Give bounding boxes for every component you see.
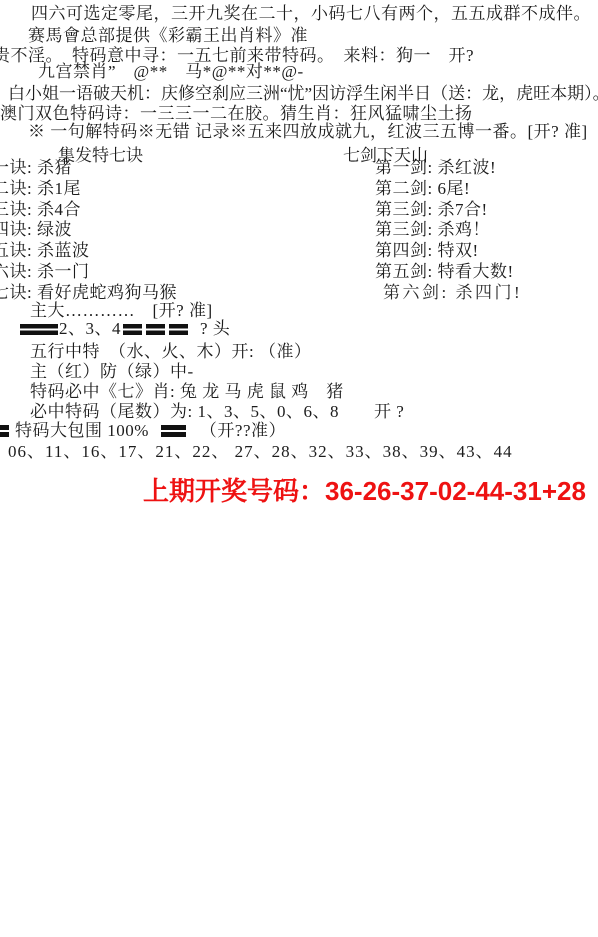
right-item-6: 第五剑: 特看大数!	[375, 262, 522, 283]
redacted-bar	[169, 324, 188, 335]
sentence-solution-line: ※ 一句解特码※无错 记录※五来四放成就九，红波三五博一番。[开? 准]	[28, 122, 588, 142]
redacted-bar	[161, 425, 186, 437]
right-item-4: 第三剑: 杀鸡！	[375, 220, 522, 241]
left-item-3: 三诀: 杀4合	[0, 200, 177, 221]
right-column-list: 第一剑: 杀红波! 第二剑: 6尾! 第三剑: 杀7合! 第三剑: 杀鸡！ 第四…	[375, 158, 522, 304]
redacted-bar	[123, 324, 142, 335]
seven-zodiac-line: 特码必中《七》肖: 兔 龙 马 虎 鼠 鸡 猪	[30, 382, 344, 402]
red-green-line: 主（红）防（绿）中-	[30, 362, 194, 382]
macau-poem-line: 澳门双色特码诗：一三三一二在胶。猜生肖：狂风猛啸尘土扬	[0, 104, 473, 124]
verse-line: 四六可选定零尾，三开九奖在二十，小码七八有两个，五五成群不成伴。	[31, 4, 591, 24]
redacted-bar	[20, 324, 58, 335]
baixiaojie-line: 白小姐一语破天机：庆修空刹应三洲“忧”因访浮生闲半日（送：龙，虎旺本期）。	[8, 84, 598, 104]
head-numbers: 2、3、4	[59, 319, 121, 338]
five-elements-line: 五行中特 （水、火、木）开: （准）	[30, 342, 311, 362]
right-item-3: 第三剑: 杀7合!	[375, 200, 522, 221]
right-item-7: 第六剑: 杀四门!	[375, 283, 522, 304]
main-big-line: 主大………… [开? 准]	[30, 301, 213, 321]
left-item-4: 四诀: 绿波	[0, 220, 177, 241]
last-draw-line: 上期开奖号码：36-26-37-02-44-31+28	[143, 476, 586, 506]
lottery-tip-sheet: 四六可选定零尾，三开九奖在二十，小码七八有两个，五五成群不成伴。 赛馬會总部提供…	[0, 0, 598, 937]
head-bars-line: 2、3、4? 头	[20, 319, 230, 339]
left-item-5: 五诀: 杀蓝波	[0, 241, 177, 262]
left-item-6: 六诀: 杀一门	[0, 262, 177, 283]
right-item-1: 第一剑: 杀红波!	[375, 158, 522, 179]
redacted-bar	[146, 324, 165, 335]
surround-status: （开??准）	[200, 421, 286, 440]
left-item-2: 二诀: 杀1尾	[0, 179, 177, 200]
head-suffix: ? 头	[200, 319, 230, 338]
candidate-numbers-line: 06、11、16、17、21、22、 27、28、32、33、38、39、43、…	[8, 442, 513, 462]
left-item-1: 一诀: 杀猪	[0, 158, 177, 179]
right-item-5: 第四剑: 特双!	[375, 241, 522, 262]
last-draw-label: 上期开奖号码：	[143, 476, 325, 506]
left-column-list: 一诀: 杀猪 二诀: 杀1尾 三诀: 杀4合 四诀: 绿波 五诀: 杀蓝波 六诀…	[0, 158, 177, 304]
tail-numbers-line: 必中特码（尾数）为: 1、3、5、0、6、8 开 ?	[30, 402, 404, 422]
surround-label: 特码大包围 100%	[15, 421, 149, 440]
right-item-2: 第二剑: 6尾!	[375, 179, 522, 200]
big-surround-line: 特码大包围 100%（开??准）	[0, 421, 286, 441]
provider-line: 赛馬會总部提供《彩霸王出肖料》准	[28, 26, 308, 46]
last-draw-numbers: 36-26-37-02-44-31+28	[325, 476, 586, 506]
redacted-bar	[0, 425, 9, 437]
nine-palace-line: 九宫禁肖” @** 马*@**对**@-	[38, 62, 304, 82]
